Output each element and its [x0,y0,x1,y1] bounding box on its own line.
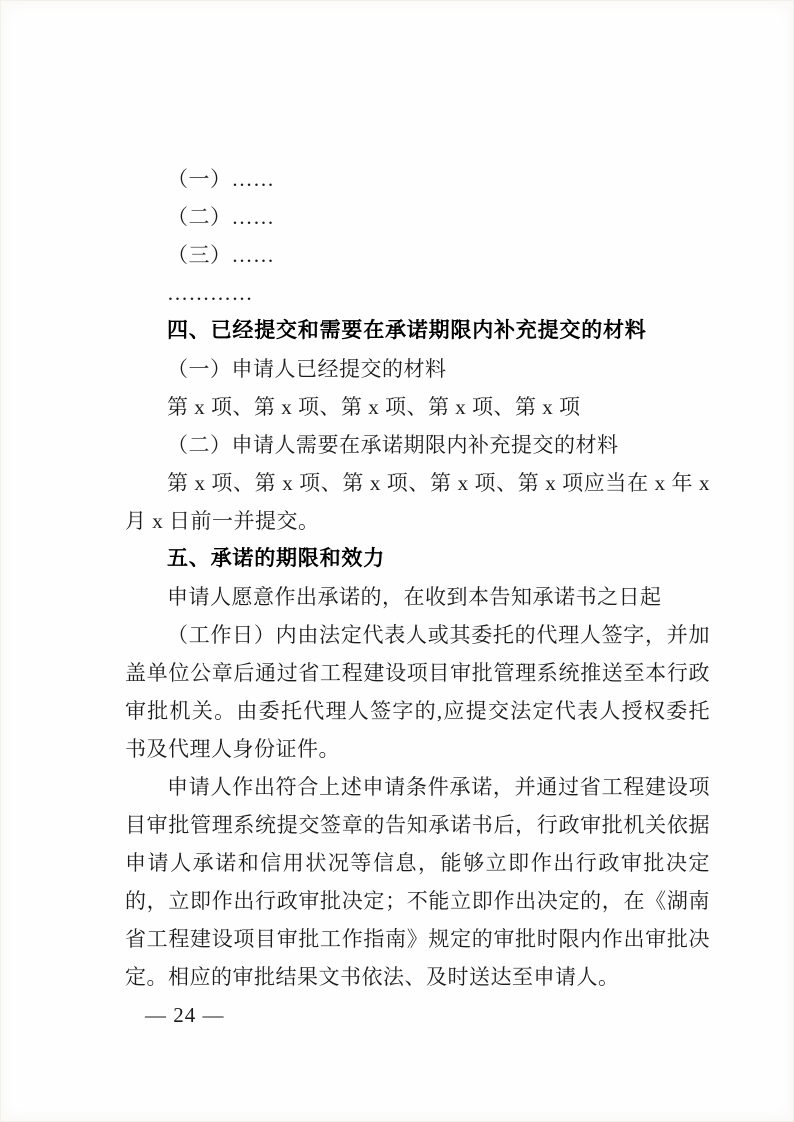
paragraph: 申请人作出符合上述申请条件承诺，并通过省工程建设项目审批管理系统提交签章的告知承… [125,768,710,996]
paragraph: （二）…… [125,198,710,236]
document-page: （一）……（二）……（三）………………四、已经提交和需要在承诺期限内补充提交的材… [0,0,794,1122]
paragraph: 第 x 项、第 x 项、第 x 项、第 x 项、第 x 项应当在 x 年 x 月… [125,464,710,540]
page-number: — 24 — [125,996,710,1034]
document-body: （一）……（二）……（三）………………四、已经提交和需要在承诺期限内补充提交的材… [125,160,710,1034]
paragraph: （工作日）内由法定代表人或其委托的代理人签字，并加盖单位公章后通过省工程建设项目… [125,616,710,768]
paragraph: （二）申请人需要在承诺期限内补充提交的材料 [125,426,710,464]
paragraph: （一）申请人已经提交的材料 [125,350,710,388]
paragraph: 第 x 项、第 x 项、第 x 项、第 x 项、第 x 项 [125,388,710,426]
paragraph: （三）…… [125,236,710,274]
section-heading: 四、已经提交和需要在承诺期限内补充提交的材料 [125,312,710,350]
paragraph: （一）…… [125,160,710,198]
section-heading: 五、承诺的期限和效力 [125,540,710,578]
paragraph: 申请人愿意作出承诺的，在收到本告知承诺书之日起 [125,578,710,616]
paragraph: ………… [125,274,710,312]
